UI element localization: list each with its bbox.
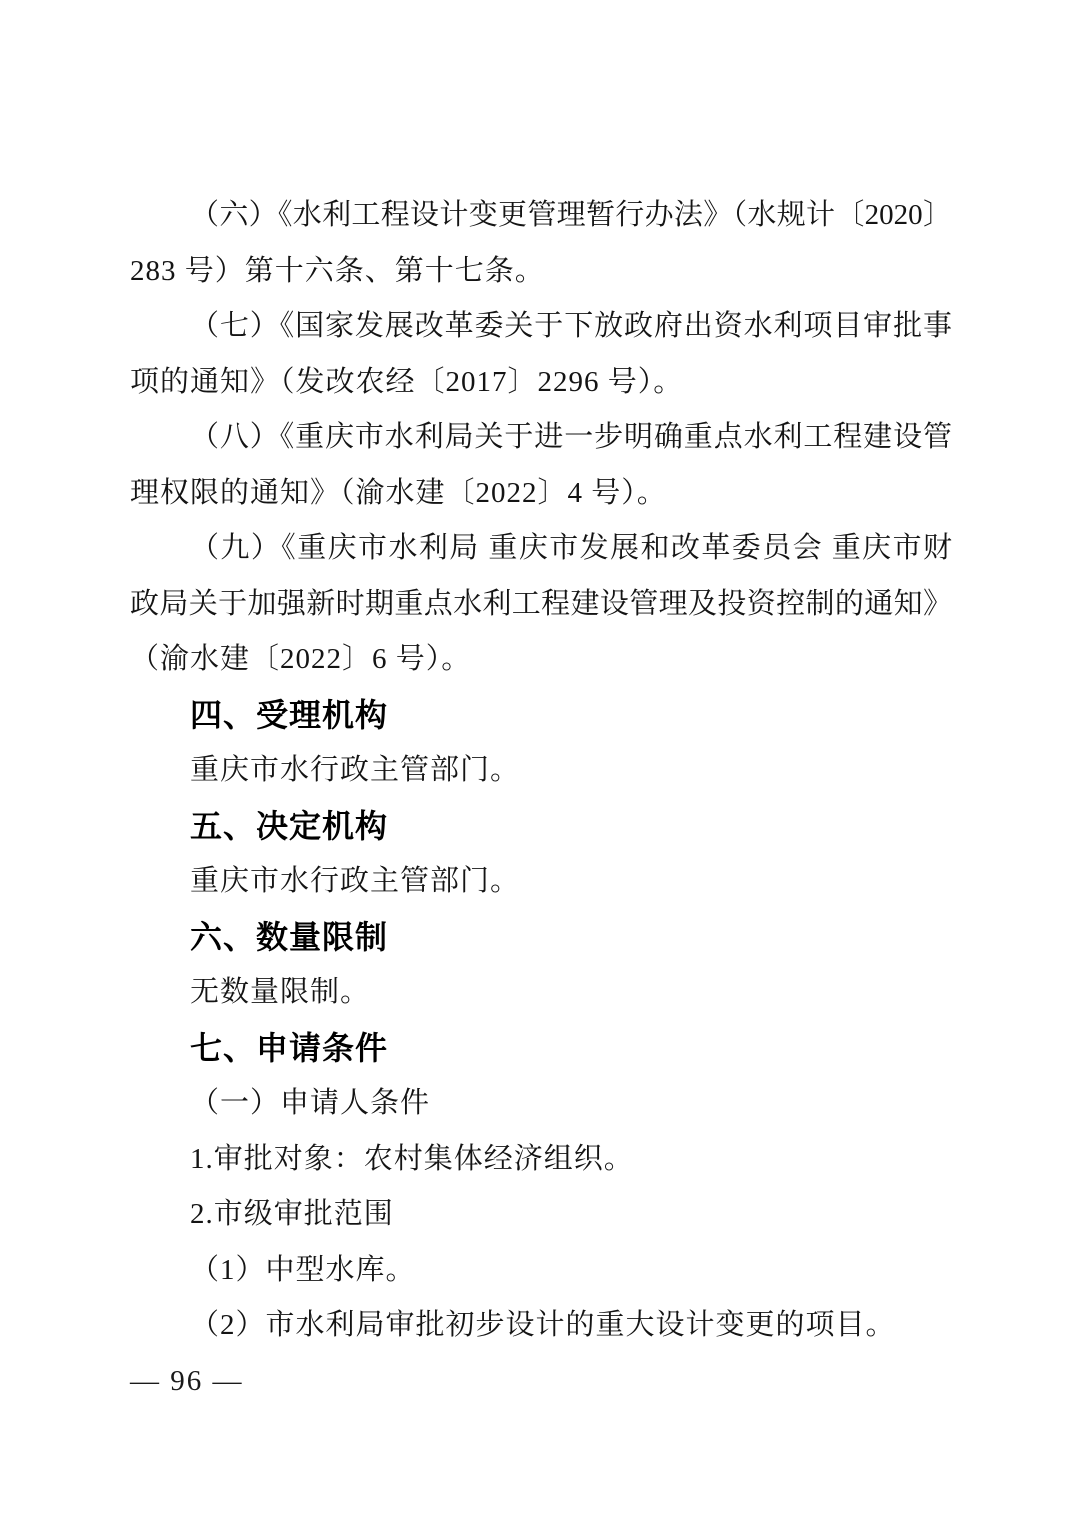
document-body: （六）《水利工程设计变更管理暂行办法》（水规计〔2020〕 283 号）第十六条…	[130, 188, 952, 1354]
paragraph-line: 政局关于加强新时期重点水利工程建设管理及投资控制的通知》	[130, 577, 952, 633]
paragraph-line: （2）市水利局审批初步设计的重大设计变更的项目。	[130, 1298, 952, 1354]
paragraph-line: （渝水建〔2022〕6 号）。	[130, 632, 952, 688]
paragraph-line: （八）《重庆市水利局关于进一步明确重点水利工程建设管	[130, 410, 952, 466]
page-number: — 96 —	[130, 1360, 244, 1402]
paragraph-line: 2.市级审批范围	[130, 1187, 952, 1243]
paragraph-line: 无数量限制。	[130, 965, 952, 1021]
paragraph-line: （六）《水利工程设计变更管理暂行办法》（水规计〔2020〕	[130, 188, 952, 244]
paragraph-line: 项的通知》（发改农经〔2017〕2296 号）。	[130, 355, 952, 411]
paragraph-line: （一）申请人条件	[130, 1076, 952, 1132]
section-heading-6: 六、数量限制	[130, 910, 952, 966]
paragraph-line: （七）《国家发展改革委关于下放政府出资水利项目审批事	[130, 299, 952, 355]
paragraph-line: （1）中型水库。	[130, 1243, 952, 1299]
paragraph-line: 重庆市水行政主管部门。	[130, 854, 952, 910]
paragraph-line: 1.审批对象：农村集体经济组织。	[130, 1132, 952, 1188]
paragraph-line: （九）《重庆市水利局 重庆市发展和改革委员会 重庆市财	[130, 521, 952, 577]
section-heading-7: 七、申请条件	[130, 1021, 952, 1077]
paragraph-line: 理权限的通知》（渝水建〔2022〕4 号）。	[130, 466, 952, 522]
section-heading-5: 五、决定机构	[130, 799, 952, 855]
document-page: （六）《水利工程设计变更管理暂行办法》（水规计〔2020〕 283 号）第十六条…	[0, 0, 1074, 1520]
section-heading-4: 四、受理机构	[130, 688, 952, 744]
paragraph-line: 重庆市水行政主管部门。	[130, 743, 952, 799]
paragraph-line: 283 号）第十六条、第十七条。	[130, 244, 952, 300]
